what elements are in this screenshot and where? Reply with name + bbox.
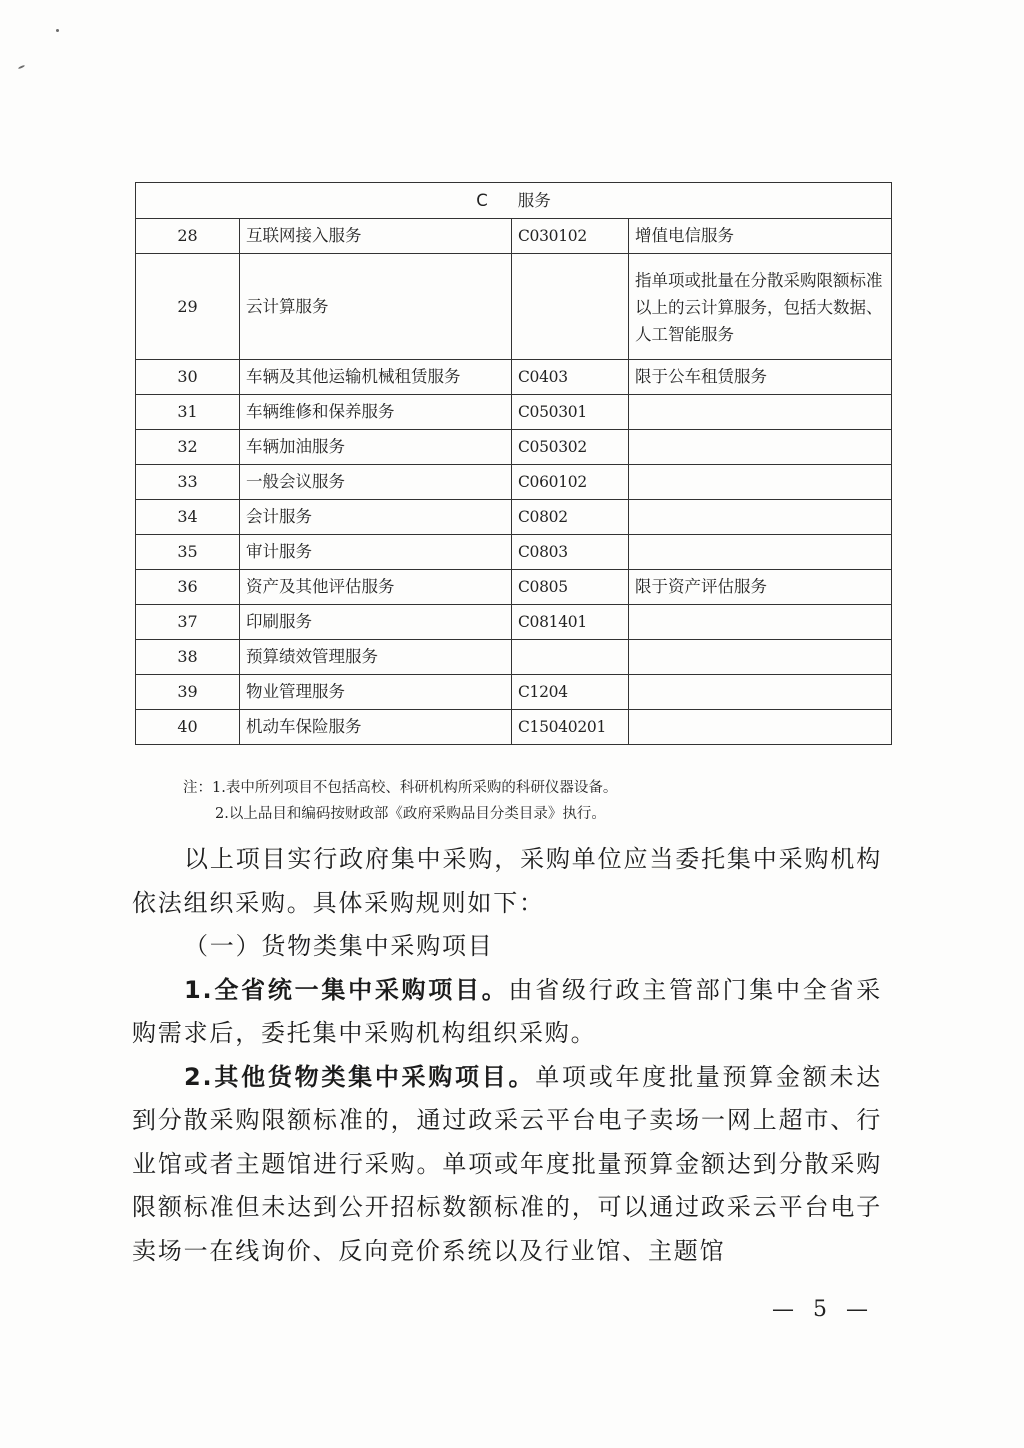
intro-paragraph: 以上项目实行政府集中采购，采购单位应当委托集中采购机构依法组织采购。具体采购规则… <box>132 838 882 925</box>
row-number: 28 <box>136 219 240 254</box>
table-notes: 注：1.表中所列项目不包括高校、科研机构所采购的科研仪器设备。 2.以上品目和编… <box>183 775 617 827</box>
item-code: C0403 <box>512 360 629 395</box>
category-header-row: C服务 <box>136 183 892 219</box>
row-number: 34 <box>136 500 240 535</box>
row-number: 37 <box>136 605 240 640</box>
section-heading: （一）货物类集中采购项目 <box>132 925 882 969</box>
category-header: C服务 <box>136 183 892 219</box>
row-number: 29 <box>136 254 240 360</box>
item-2-text: 单项或年度批量预算金额未达到分散采购限额标准的，通过政采云平台电子卖场一网上超市… <box>132 1063 882 1265</box>
row-number: 35 <box>136 535 240 570</box>
item-name: 会计服务 <box>240 500 512 535</box>
item-code: C0805 <box>512 570 629 605</box>
item-name: 云计算服务 <box>240 254 512 360</box>
note-text: 2.以上品目和编码按财政部《政府采购品目分类目录》执行。 <box>215 806 606 822</box>
item-code: C081401 <box>512 605 629 640</box>
item-note <box>629 675 892 710</box>
item-note: 指单项或批量在分散采购限额标准以上的云计算服务，包括大数据、人工智能服务 <box>629 254 892 360</box>
item-note: 增值电信服务 <box>629 219 892 254</box>
table-row: 29 云计算服务 指单项或批量在分散采购限额标准以上的云计算服务，包括大数据、人… <box>136 254 892 360</box>
table-row: 35 审计服务 C0803 <box>136 535 892 570</box>
item-name: 一般会议服务 <box>240 465 512 500</box>
item-note: 限于公车租赁服务 <box>629 360 892 395</box>
item-name: 预算绩效管理服务 <box>240 640 512 675</box>
item-code: C0802 <box>512 500 629 535</box>
item-code <box>512 254 629 360</box>
item-note <box>629 710 892 745</box>
scan-speck <box>18 65 25 70</box>
row-number: 39 <box>136 675 240 710</box>
category-label: 服务 <box>518 191 551 210</box>
table-row: 33 一般会议服务 C060102 <box>136 465 892 500</box>
row-number: 36 <box>136 570 240 605</box>
item-note: 限于资产评估服务 <box>629 570 892 605</box>
item-name: 资产及其他评估服务 <box>240 570 512 605</box>
row-number: 30 <box>136 360 240 395</box>
row-number: 31 <box>136 395 240 430</box>
item-name: 车辆加油服务 <box>240 430 512 465</box>
item-code: C050302 <box>512 430 629 465</box>
item-note <box>629 430 892 465</box>
item-note <box>629 465 892 500</box>
item-name: 互联网接入服务 <box>240 219 512 254</box>
table-row: 30 车辆及其他运输机械租赁服务 C0403 限于公车租赁服务 <box>136 360 892 395</box>
table-row: 37 印刷服务 C081401 <box>136 605 892 640</box>
row-number: 40 <box>136 710 240 745</box>
item-code: C1204 <box>512 675 629 710</box>
item-code: C030102 <box>512 219 629 254</box>
item-note <box>629 500 892 535</box>
item-name: 车辆及其他运输机械租赁服务 <box>240 360 512 395</box>
item-note <box>629 640 892 675</box>
item-name: 机动车保险服务 <box>240 710 512 745</box>
table-row: 31 车辆维修和保养服务 C050301 <box>136 395 892 430</box>
document-body: 以上项目实行政府集中采购，采购单位应当委托集中采购机构依法组织采购。具体采购规则… <box>132 838 882 1273</box>
table-row: 28 互联网接入服务 C030102 增值电信服务 <box>136 219 892 254</box>
table-row: 32 车辆加油服务 C050302 <box>136 430 892 465</box>
item-note <box>629 535 892 570</box>
item-code: C0803 <box>512 535 629 570</box>
item-code: C050301 <box>512 395 629 430</box>
note-prefix: 注： <box>183 780 212 796</box>
item-2-title: 2.其他货物类集中采购项目。 <box>184 1063 535 1091</box>
note-line-2: 2.以上品目和编码按财政部《政府采购品目分类目录》执行。 <box>183 801 617 827</box>
table-row: 38 预算绩效管理服务 <box>136 640 892 675</box>
item-name: 车辆维修和保养服务 <box>240 395 512 430</box>
item-note <box>629 395 892 430</box>
table-row: 39 物业管理服务 C1204 <box>136 675 892 710</box>
category-code: C <box>476 191 488 210</box>
page-number: — 5 — <box>772 1297 874 1322</box>
table-row: 40 机动车保险服务 C15040201 <box>136 710 892 745</box>
item-note <box>629 605 892 640</box>
row-number: 38 <box>136 640 240 675</box>
table-row: 36 资产及其他评估服务 C0805 限于资产评估服务 <box>136 570 892 605</box>
row-number: 32 <box>136 430 240 465</box>
note-line-1: 注：1.表中所列项目不包括高校、科研机构所采购的科研仪器设备。 <box>183 775 617 801</box>
item-name: 物业管理服务 <box>240 675 512 710</box>
table-row: 34 会计服务 C0802 <box>136 500 892 535</box>
services-table: C服务 28 互联网接入服务 C030102 增值电信服务 29 云计算服务 指… <box>135 182 892 745</box>
item-name: 审计服务 <box>240 535 512 570</box>
item-1-title: 1.全省统一集中采购项目。 <box>184 976 509 1004</box>
item-code <box>512 640 629 675</box>
row-number: 33 <box>136 465 240 500</box>
item-1-paragraph: 1.全省统一集中采购项目。由省级行政主管部门集中全省采购需求后，委托集中采购机构… <box>132 969 882 1056</box>
item-code: C15040201 <box>512 710 629 745</box>
item-2-paragraph: 2.其他货物类集中采购项目。单项或年度批量预算金额未达到分散采购限额标准的，通过… <box>132 1056 882 1274</box>
item-name: 印刷服务 <box>240 605 512 640</box>
note-text: 1.表中所列项目不包括高校、科研机构所采购的科研仪器设备。 <box>212 780 617 796</box>
item-code: C060102 <box>512 465 629 500</box>
scan-speck <box>56 29 59 32</box>
